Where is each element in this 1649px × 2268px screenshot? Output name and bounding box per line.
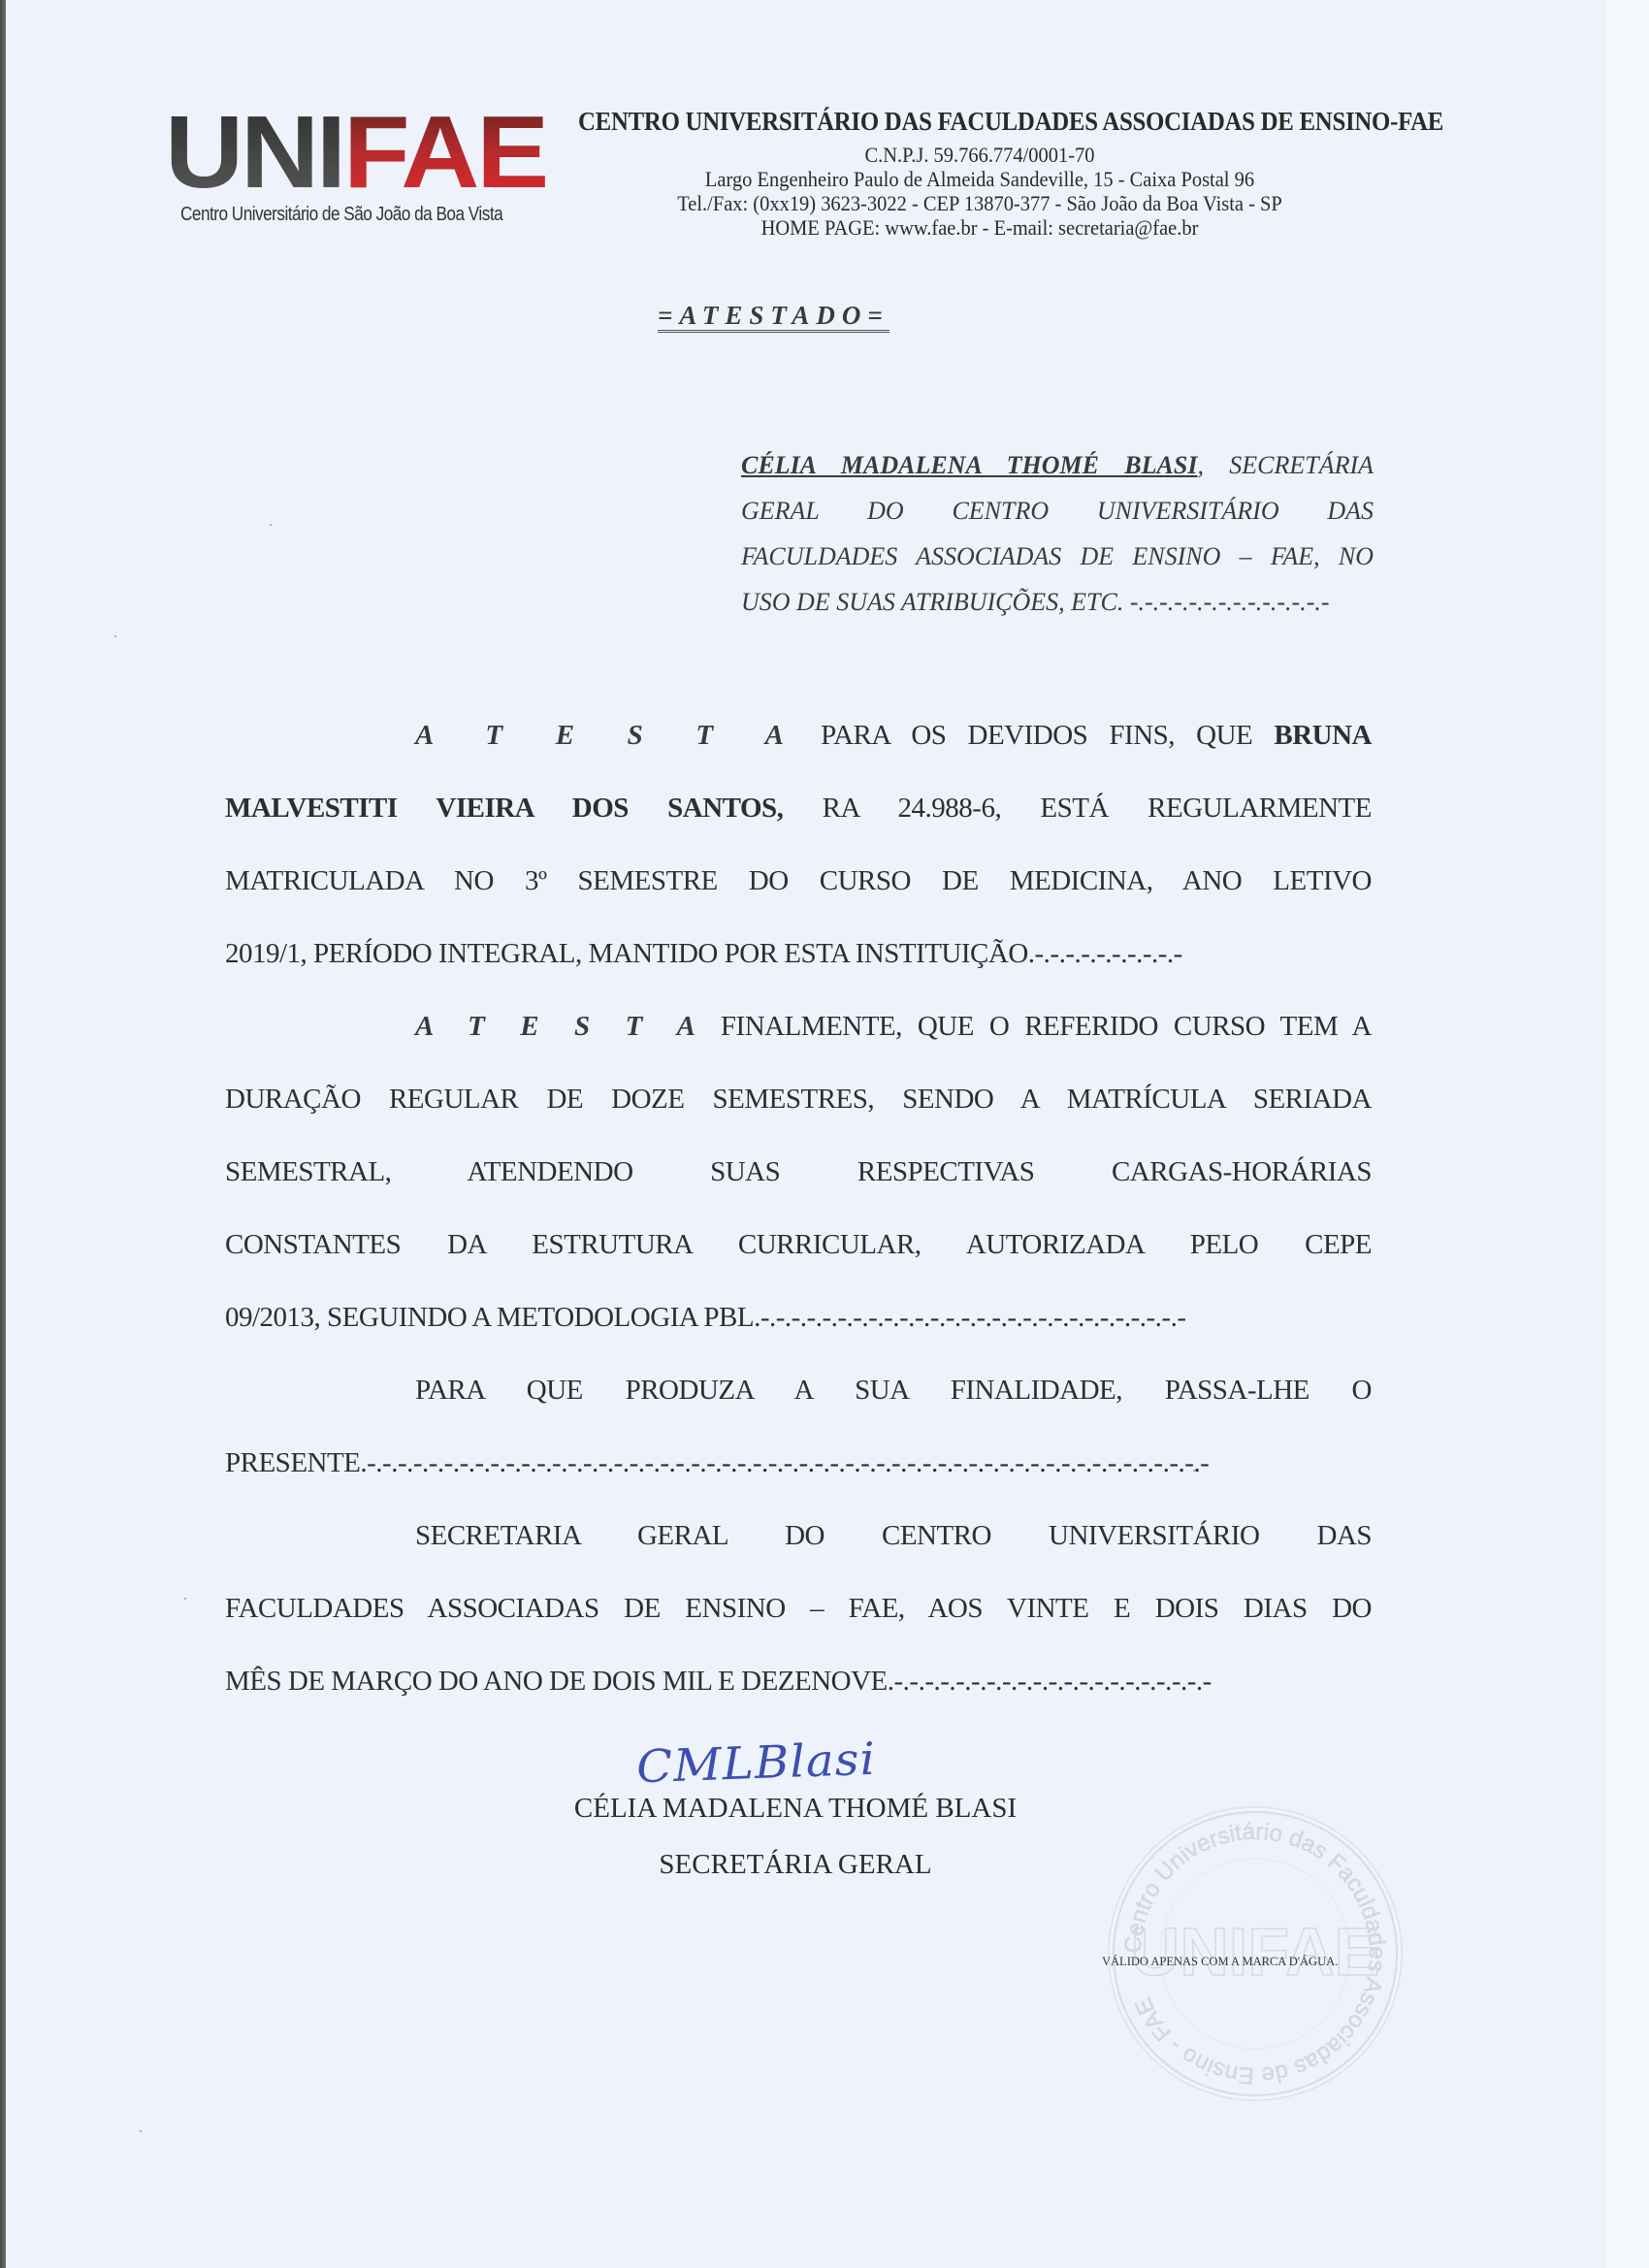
- p2-line-2: DURAÇÃO REGULAR DE DOZE SEMESTRES, SENDO…: [225, 1084, 1372, 1116]
- institution-phone: Tel./Fax: (0xx19) 3623-3022 - CEP 13870-…: [574, 191, 1386, 215]
- p2-line-4: CONSTANTES DA ESTRUTURA CURRICULAR, AUTO…: [225, 1229, 1372, 1261]
- p4-line-2: FACULDADES ASSOCIADAS DE ENSINO – FAE, A…: [225, 1593, 1372, 1625]
- p1-line-2: MALVESTITI VIEIRA DOS SANTOS, RA 24.988-…: [225, 793, 1372, 825]
- student-ra: RA 24.988-6, ESTÁ REGULARMENTE: [783, 793, 1372, 824]
- institution-address: Largo Engenheiro Paulo de Almeida Sandev…: [574, 167, 1386, 191]
- issuer-line-2: GERAL DO CENTRO UNIVERSITÁRIO DAS: [741, 488, 1374, 534]
- p2-line-1: A T E S T A FINALMENTE, QUE O REFERIDO C…: [225, 1011, 1372, 1043]
- logo-uni: UNI: [165, 95, 343, 210]
- scan-speck: [114, 635, 116, 637]
- scan-speck: [1193, 1470, 1195, 1472]
- watermark-notice: VÁLIDO APENAS COM A MARCA D'ÁGUA.: [1102, 1955, 1338, 1969]
- issuer-line-3: FACULDADES ASSOCIADAS DE ENSINO – FAE, N…: [741, 534, 1374, 579]
- scan-edge: [0, 0, 6, 2268]
- student-surname: MALVESTITI VIEIRA DOS SANTOS,: [225, 793, 783, 824]
- p3-line-2: PRESENTE.-.-.-.-.-.-.-.-.-.-.-.-.-.-.-.-…: [225, 1447, 1372, 1479]
- signatory-name: CÉLIA MADALENA THOMÉ BLASI: [524, 1793, 1067, 1825]
- issuer-line-4: USO DE SUAS ATRIBUIÇÕES, ETC. -.-.-.-.-.…: [741, 579, 1374, 625]
- p1-line-1: A T E S T A PARA OS DEVIDOS FINS, QUE BR…: [225, 720, 1372, 752]
- p1-text: PARA OS DEVIDOS FINS, QUE: [821, 720, 1274, 751]
- institution-web: HOME PAGE: www.fae.br - E-mail: secretar…: [574, 215, 1386, 240]
- handwritten-signature: CMLBlasi: [635, 1733, 877, 1794]
- unifae-logo: UNIFAE Centro Universitário de São João …: [165, 109, 533, 226]
- institution-header: CENTRO UNIVERSITÁRIO DAS FACULDADES ASSO…: [543, 107, 1416, 240]
- issuer-title: , SECRETÁRIA: [1197, 451, 1374, 479]
- institution-name: CENTRO UNIVERSITÁRIO DAS FACULDADES ASSO…: [578, 107, 1381, 137]
- p2-line-3: SEMESTRAL, ATENDENDO SUAS RESPECTIVAS CA…: [225, 1156, 1372, 1188]
- atesta-keyword: A T E S T A: [415, 720, 799, 751]
- p2-line-5: 09/2013, SEGUINDO A METODOLOGIA PBL.-.-.…: [225, 1302, 1372, 1334]
- seal-icon: Centro Universitário das Faculdades Asso…: [1110, 1808, 1401, 2099]
- logo-subtitle: Centro Universitário de São João da Boa …: [180, 204, 484, 226]
- p4-line-1: SECRETARIA GERAL DO CENTRO UNIVERSITÁRIO…: [225, 1520, 1372, 1552]
- scan-speck: [270, 524, 272, 526]
- p4-line-3: MÊS DE MARÇO DO ANO DE DOIS MIL E DEZENO…: [225, 1666, 1372, 1698]
- issuer-name: CÉLIA MADALENA THOMÉ BLASI: [741, 451, 1197, 479]
- atesta-keyword: A T E S T A: [415, 1011, 705, 1042]
- embossed-seal: Centro Universitário das Faculdades Asso…: [1108, 1806, 1403, 2101]
- document-title: =ATESTADO=: [658, 301, 889, 333]
- signatory-role: SECRETÁRIA GERAL: [524, 1849, 1067, 1881]
- scan-speck: [184, 1598, 186, 1600]
- issuer-line-1: CÉLIA MADALENA THOMÉ BLASI, SECRETÁRIA: [741, 442, 1374, 488]
- scan-speck: [140, 2130, 142, 2132]
- issuer-statement: CÉLIA MADALENA THOMÉ BLASI, SECRETÁRIA G…: [741, 442, 1374, 625]
- student-first-name: BRUNA: [1274, 720, 1372, 751]
- p2-text: FINALMENTE, QUE O REFERIDO CURSO TEM A: [705, 1011, 1372, 1042]
- logo-wordmark: UNIFAE: [165, 109, 556, 196]
- p3-line-1: PARA QUE PRODUZA A SUA FINALIDADE, PASSA…: [225, 1375, 1372, 1407]
- p1-line-4: 2019/1, PERÍODO INTEGRAL, MANTIDO POR ES…: [225, 938, 1372, 970]
- p1-line-3: MATRICULADA NO 3º SEMESTRE DO CURSO DE M…: [225, 865, 1372, 897]
- svg-text:UNIFAE: UNIFAE: [1131, 1914, 1380, 1990]
- scan-margin: [1606, 0, 1649, 2268]
- institution-cnpj: C.N.P.J. 59.766.774/0001-70: [574, 143, 1386, 167]
- logo-fae: FAE: [343, 95, 546, 210]
